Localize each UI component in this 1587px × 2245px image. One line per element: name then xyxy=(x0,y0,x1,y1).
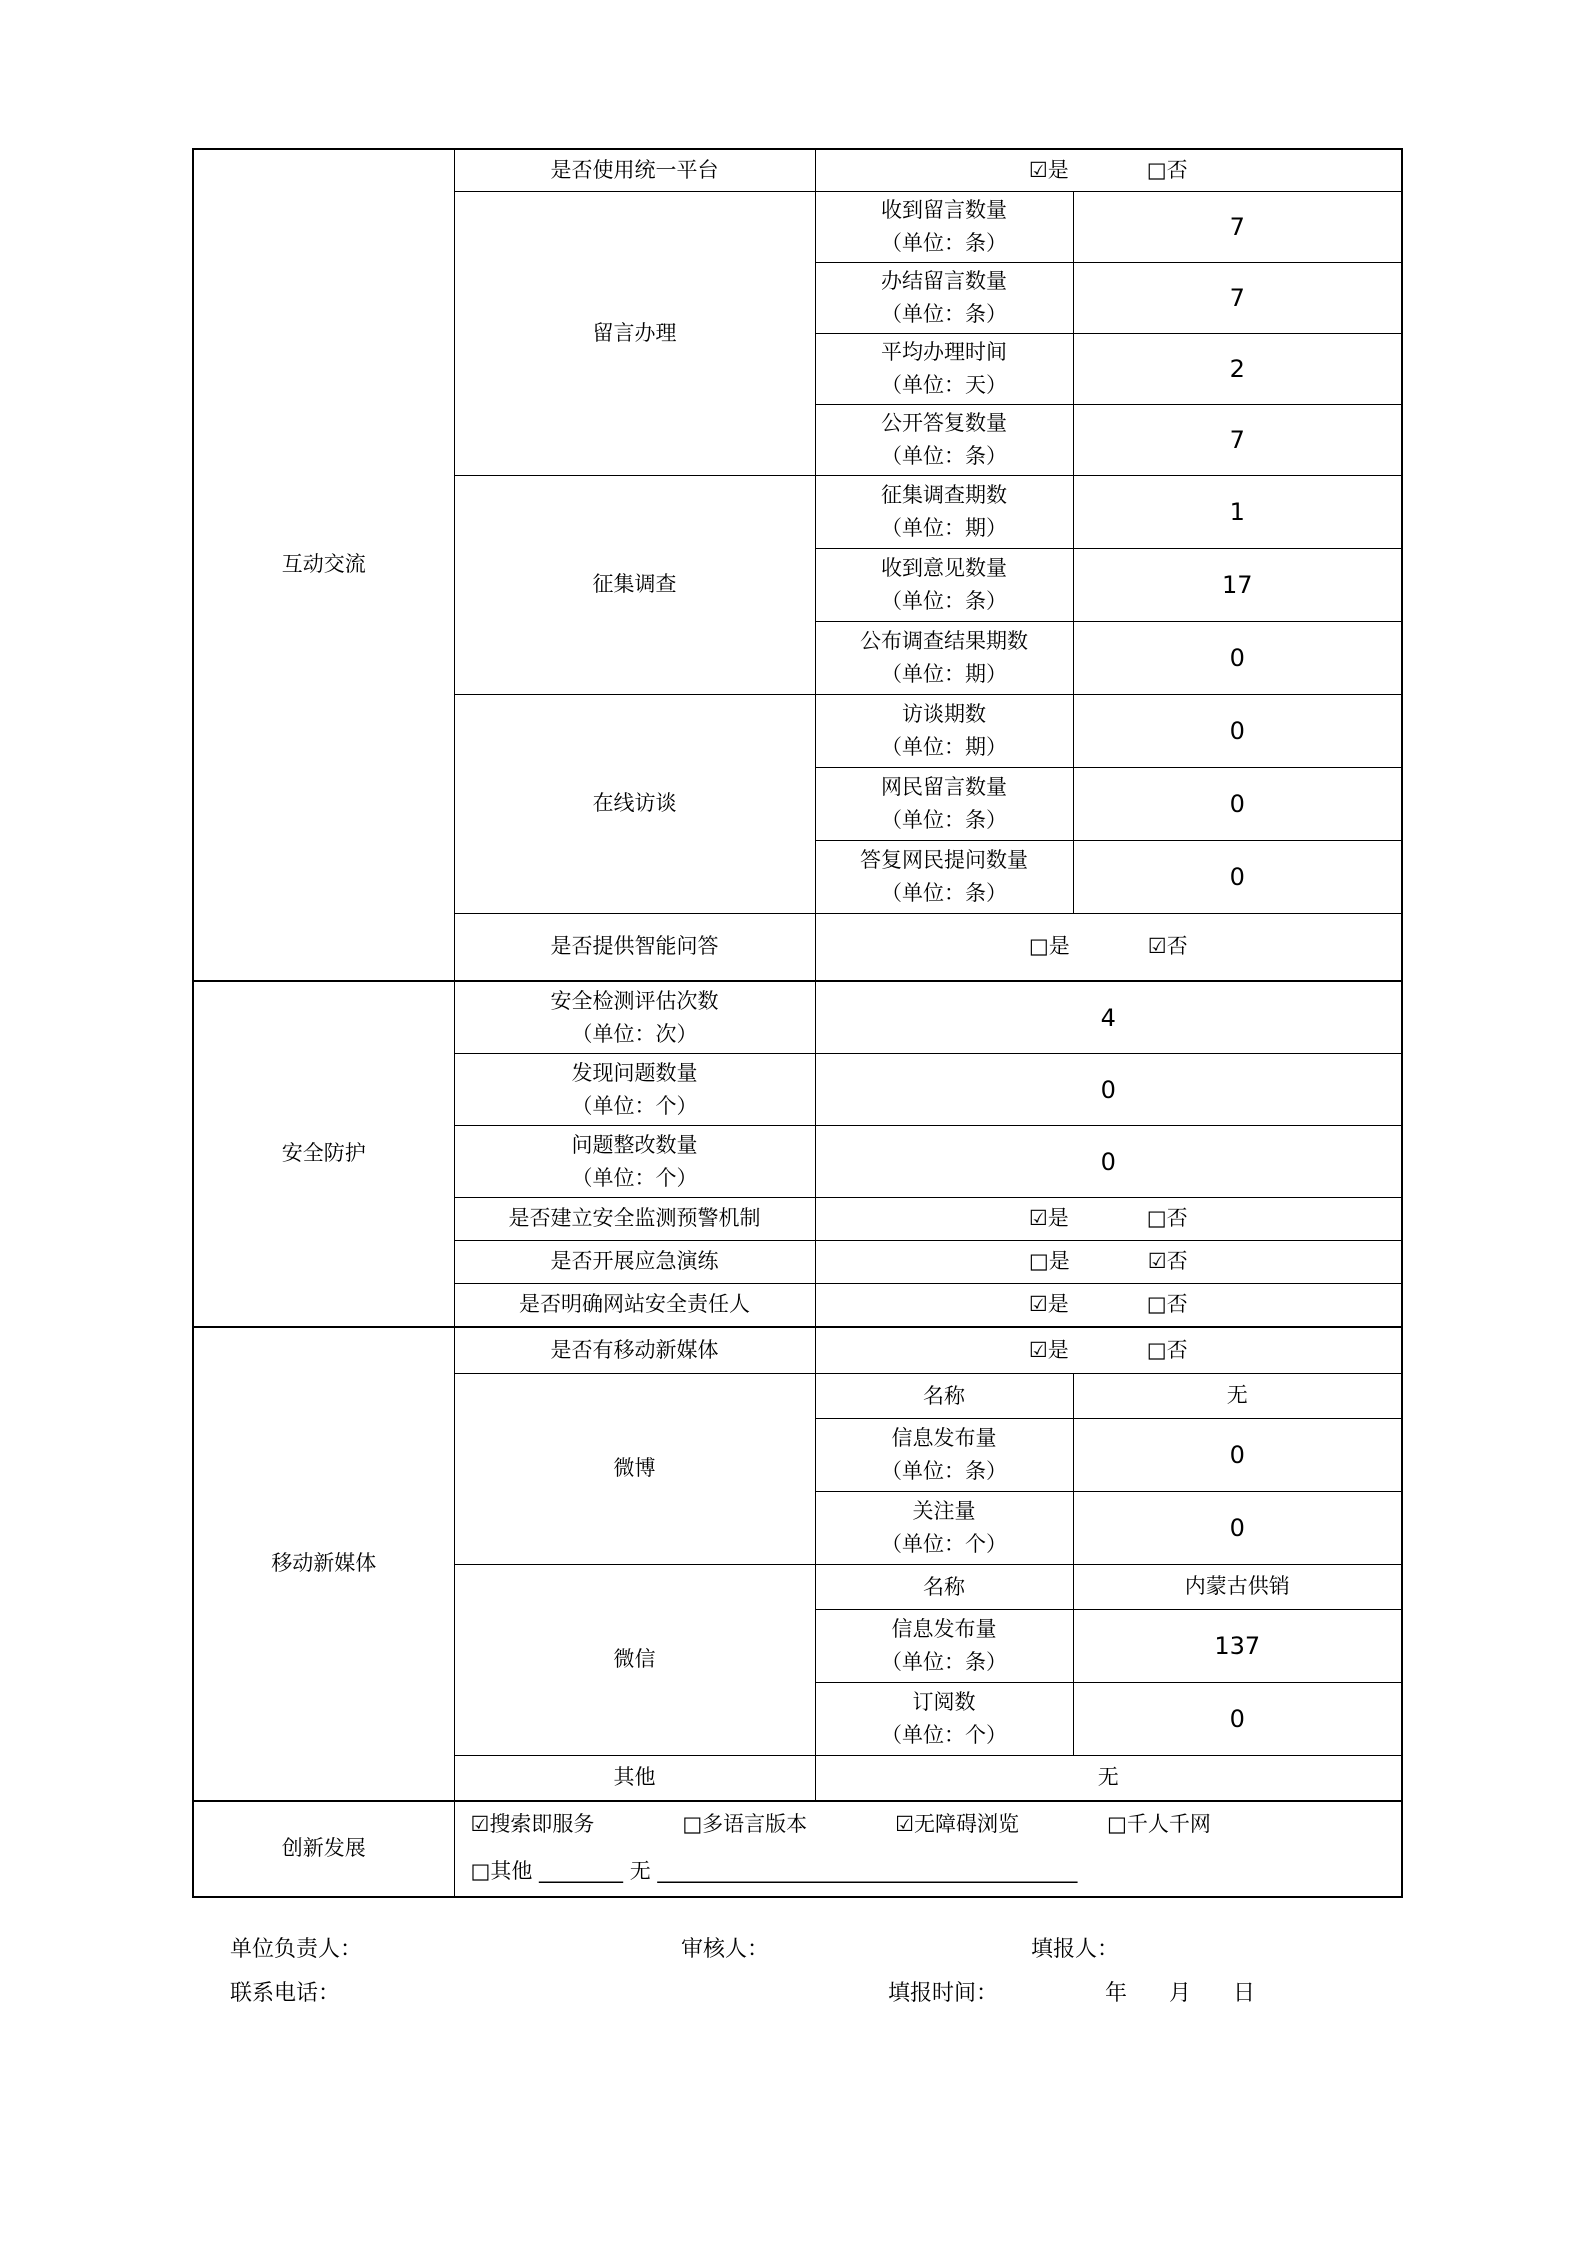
checkbox-yes: ☑是 xyxy=(1029,1289,1069,1321)
checkbox-personalized-web: □千人千网 xyxy=(1107,1809,1211,1841)
section-label-mobile-media: 移动新媒体 xyxy=(193,1327,454,1801)
metric-label: 公布调查结果期数 （单位：期） xyxy=(815,622,1073,695)
metric-unit: （单位：次） xyxy=(455,1018,815,1051)
checkbox-yes: □是 xyxy=(1029,931,1070,963)
metric-unit: （单位：期） xyxy=(816,731,1073,764)
footer-phone: 联系电话： xyxy=(230,1976,340,2007)
metric-label-line1: 收到意见数量 xyxy=(816,552,1073,585)
metric-value: 2 xyxy=(1073,334,1402,405)
metric-unit: （单位：条） xyxy=(816,804,1073,837)
underline-segment: ________ xyxy=(539,1859,623,1883)
footer-reviewer: 审核人： xyxy=(681,1932,769,1963)
label-emergency-drill: 是否开展应急演练 xyxy=(454,1241,815,1284)
checkbox-accessibility: ☑无障碍浏览 xyxy=(895,1809,1019,1841)
innovation-options-row: ☑搜索即服务 □多语言版本 ☑无障碍浏览 □千人千网 xyxy=(471,1809,1390,1841)
metric-value: 0 xyxy=(1073,768,1402,841)
footer-unit-manager: 单位负责人： xyxy=(230,1932,362,1963)
metric-unit: （单位：条） xyxy=(816,585,1073,618)
metric-label: 发现问题数量 （单位：个） xyxy=(454,1054,815,1126)
checkbox-search-service: ☑搜索即服务 xyxy=(471,1809,595,1841)
label-has-mobile-media: 是否有移动新媒体 xyxy=(454,1327,815,1374)
checkbox-multilingual: □多语言版本 xyxy=(682,1809,807,1841)
group-label-survey: 征集调查 xyxy=(454,476,815,695)
innovation-options-cell: ☑搜索即服务 □多语言版本 ☑无障碍浏览 □千人千网 □其他 ________ … xyxy=(454,1801,1402,1897)
footer-month: 月 xyxy=(1169,1976,1191,2007)
metric-label: 信息发布量 （单位：条） xyxy=(815,1610,1073,1683)
group-label-wechat: 微信 xyxy=(454,1565,815,1756)
section-label-interaction: 互动交流 xyxy=(193,149,454,981)
metric-value: 137 xyxy=(1073,1610,1402,1683)
checkbox-no: □否 xyxy=(1147,1335,1188,1367)
metric-unit: （单位：条） xyxy=(816,1646,1073,1679)
group-label-message-handling: 留言办理 xyxy=(454,192,815,476)
footer-year: 年 xyxy=(1105,1976,1127,2007)
metric-label-line1: 发现问题数量 xyxy=(455,1057,815,1090)
underline-segment: ________________________________________ xyxy=(657,1859,1077,1883)
metric-label: 公开答复数量 （单位：条） xyxy=(815,405,1073,476)
metric-unit: （单位：条） xyxy=(816,298,1073,331)
answer-security-owner: ☑是 □否 xyxy=(815,1284,1402,1328)
metric-label-line1: 关注量 xyxy=(816,1495,1073,1528)
section-label-innovation: 创新发展 xyxy=(193,1801,454,1897)
metric-label-line1: 平均办理时间 xyxy=(816,336,1073,369)
metric-label: 平均办理时间 （单位：天） xyxy=(815,334,1073,405)
metric-unit: （单位：个） xyxy=(455,1090,815,1123)
answer-smart-qa: □是 ☑否 xyxy=(815,914,1402,982)
metric-label-line1: 公开答复数量 xyxy=(816,407,1073,440)
metric-label-line1: 信息发布量 xyxy=(816,1422,1073,1455)
metric-value: 0 xyxy=(1073,1492,1402,1565)
metric-label: 答复网民提问数量 （单位：条） xyxy=(815,841,1073,914)
checkbox-no: □否 xyxy=(1147,1289,1188,1321)
metric-label: 名称 xyxy=(815,1374,1073,1419)
metric-label: 办结留言数量 （单位：条） xyxy=(815,263,1073,334)
metric-label-line1: 公布调查结果期数 xyxy=(816,625,1073,658)
footer-filler: 填报人： xyxy=(1031,1932,1119,1963)
metric-label: 访谈期数 （单位：期） xyxy=(815,695,1073,768)
innovation-other-value: 无 xyxy=(630,1859,651,1883)
label-smart-qa: 是否提供智能问答 xyxy=(454,914,815,982)
answer-security-warning: ☑是 □否 xyxy=(815,1198,1402,1241)
metric-label-line1: 名称 xyxy=(816,1380,1073,1413)
checkbox-no: □否 xyxy=(1147,155,1188,187)
metric-value: 0 xyxy=(815,1054,1402,1126)
group-label-interview: 在线访谈 xyxy=(454,695,815,914)
metric-unit: （单位：条） xyxy=(816,440,1073,473)
footer-day: 日 xyxy=(1233,1976,1255,2007)
value-other-media: 无 xyxy=(815,1756,1402,1802)
metric-value: 0 xyxy=(815,1126,1402,1198)
checkbox-yes: ☑是 xyxy=(1029,1203,1069,1235)
metric-value: 7 xyxy=(1073,263,1402,334)
metric-value: 0 xyxy=(1073,622,1402,695)
metric-unit: （单位：个） xyxy=(816,1528,1073,1561)
metric-label-line1: 征集调查期数 xyxy=(816,479,1073,512)
metric-label-line1: 订阅数 xyxy=(816,1686,1073,1719)
metric-label-line1: 收到留言数量 xyxy=(816,194,1073,227)
group-label-weibo: 微博 xyxy=(454,1374,815,1565)
metric-label: 征集调查期数 （单位：期） xyxy=(815,476,1073,549)
metric-value: 0 xyxy=(1073,695,1402,768)
metric-unit: （单位：个） xyxy=(816,1719,1073,1752)
metric-unit: （单位：条） xyxy=(816,1455,1073,1488)
metric-value: 内蒙古供销 xyxy=(1073,1565,1402,1610)
footer-fill-time: 填报时间： xyxy=(888,1976,998,2007)
metric-value: 7 xyxy=(1073,192,1402,263)
report-table: 互动交流 是否使用统一平台 ☑是 □否 留言办理 收到留言数量 （单位：条） 7… xyxy=(192,148,1403,1898)
metric-label: 信息发布量 （单位：条） xyxy=(815,1419,1073,1492)
checkbox-no: □否 xyxy=(1147,1203,1188,1235)
metric-label-line1: 答复网民提问数量 xyxy=(816,844,1073,877)
metric-label: 收到意见数量 （单位：条） xyxy=(815,549,1073,622)
metric-value: 17 xyxy=(1073,549,1402,622)
metric-value: 0 xyxy=(1073,1419,1402,1492)
metric-value: 7 xyxy=(1073,405,1402,476)
metric-label-line1: 问题整改数量 xyxy=(455,1129,815,1162)
metric-unit: （单位：期） xyxy=(816,658,1073,691)
metric-unit: （单位：期） xyxy=(816,512,1073,545)
metric-label-line1: 安全检测评估次数 xyxy=(455,985,815,1018)
metric-label: 订阅数 （单位：个） xyxy=(815,1683,1073,1756)
answer-emergency-drill: □是 ☑否 xyxy=(815,1241,1402,1284)
checkbox-yes: ☑是 xyxy=(1029,1335,1069,1367)
metric-label: 关注量 （单位：个） xyxy=(815,1492,1073,1565)
label-other-media: 其他 xyxy=(454,1756,815,1802)
checkbox-yes: □是 xyxy=(1029,1246,1070,1278)
metric-label-line1: 名称 xyxy=(816,1571,1073,1604)
answer-has-mobile-media: ☑是 □否 xyxy=(815,1327,1402,1374)
checkbox-other-option: □其他 xyxy=(471,1859,533,1883)
metric-label-line1: 网民留言数量 xyxy=(816,771,1073,804)
label-security-owner: 是否明确网站安全责任人 xyxy=(454,1284,815,1328)
metric-value: 0 xyxy=(1073,841,1402,914)
metric-label: 问题整改数量 （单位：个） xyxy=(454,1126,815,1198)
metric-label: 名称 xyxy=(815,1565,1073,1610)
section-label-security: 安全防护 xyxy=(193,981,454,1327)
label-unified-platform: 是否使用统一平台 xyxy=(454,149,815,192)
metric-label-line1: 办结留言数量 xyxy=(816,265,1073,298)
metric-label: 收到留言数量 （单位：条） xyxy=(815,192,1073,263)
metric-label-line1: 访谈期数 xyxy=(816,698,1073,731)
label-security-warning: 是否建立安全监测预警机制 xyxy=(454,1198,815,1241)
metric-unit: （单位：个） xyxy=(455,1162,815,1195)
innovation-other-row: □其他 ________ 无 _________________________… xyxy=(471,1856,1390,1888)
metric-unit: （单位：条） xyxy=(816,227,1073,260)
report-page: 互动交流 是否使用统一平台 ☑是 □否 留言办理 收到留言数量 （单位：条） 7… xyxy=(0,0,1587,2245)
checkbox-no: ☑否 xyxy=(1148,931,1188,963)
metric-value: 0 xyxy=(1073,1683,1402,1756)
metric-label-line1: 信息发布量 xyxy=(816,1613,1073,1646)
metric-label: 网民留言数量 （单位：条） xyxy=(815,768,1073,841)
checkbox-yes: ☑是 xyxy=(1029,155,1069,187)
answer-unified-platform: ☑是 □否 xyxy=(815,149,1402,192)
metric-value: 4 xyxy=(815,981,1402,1054)
metric-label: 安全检测评估次数 （单位：次） xyxy=(454,981,815,1054)
metric-value: 无 xyxy=(1073,1374,1402,1419)
metric-unit: （单位：天） xyxy=(816,369,1073,402)
metric-unit: （单位：条） xyxy=(816,877,1073,910)
checkbox-no: ☑否 xyxy=(1148,1246,1188,1278)
metric-value: 1 xyxy=(1073,476,1402,549)
